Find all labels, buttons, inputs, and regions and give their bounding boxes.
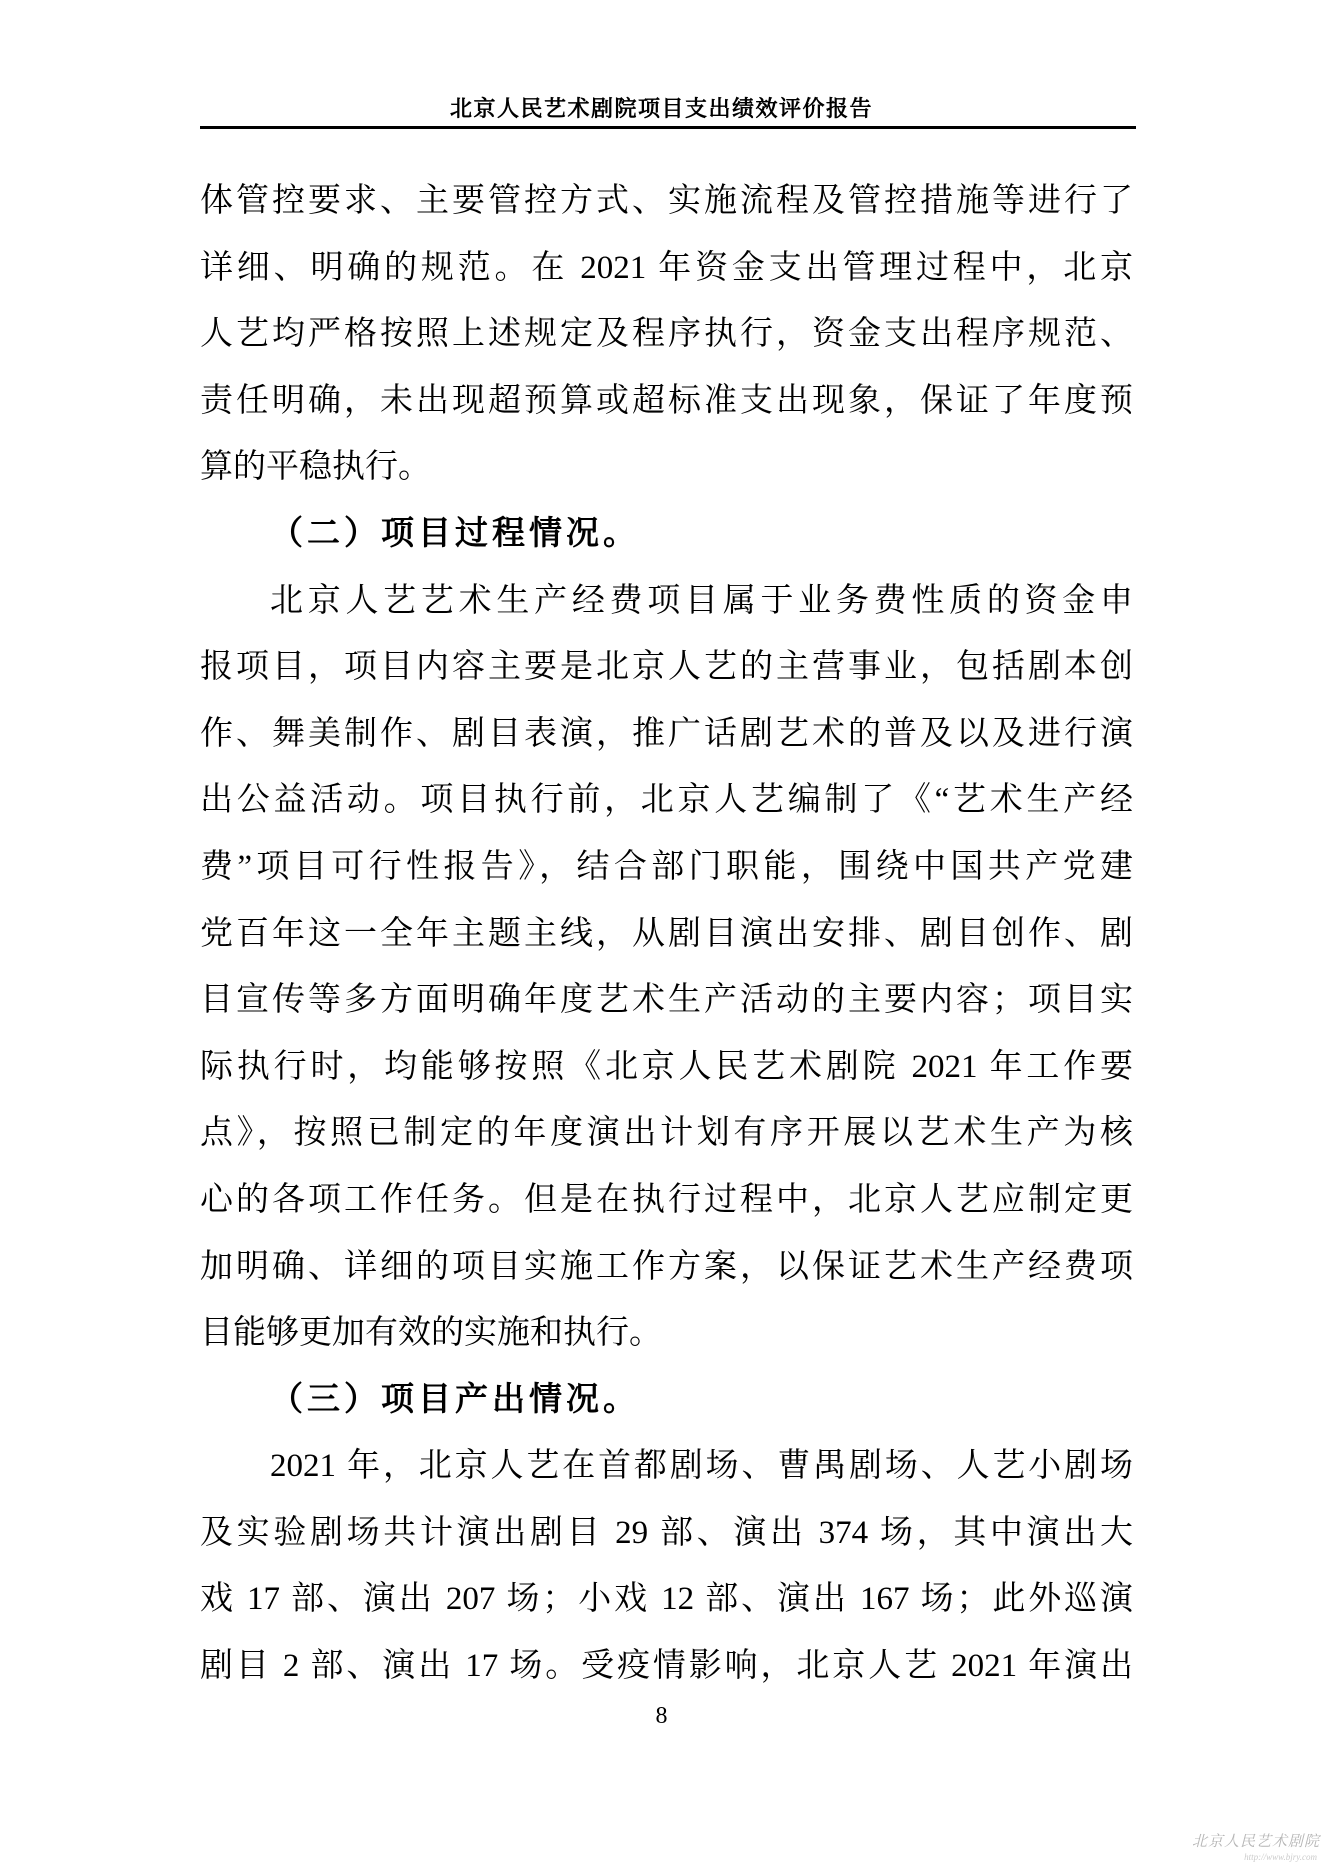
text-line: 北京人艺艺术生产经费项目属于业务费性质的资金申 — [200, 568, 1133, 635]
text-line: （二）项目过程情况。 — [200, 501, 1133, 568]
text-line: 戏 17 部、演出 207 场；小戏 12 部、演出 167 场；此外巡演 — [200, 1566, 1133, 1633]
text-line: 出公益活动。项目执行前，北京人艺编制了《“艺术生产经 — [200, 767, 1133, 834]
text-line: 费”项目可行性报告》，结合部门职能，围绕中国共产党建 — [200, 834, 1133, 901]
text-line: 剧目 2 部、演出 17 场。受疫情影响，北京人艺 2021 年演出 — [200, 1633, 1133, 1700]
header-rule-divider — [200, 126, 1136, 129]
page-header-title: 北京人民艺术剧院项目支出绩效评价报告 — [0, 96, 1323, 122]
text-line: 党百年这一全年主题主线，从剧目演出安排、剧目创作、剧 — [200, 901, 1133, 968]
document-page: 北京人民艺术剧院项目支出绩效评价报告 体管控要求、主要管控方式、实施流程及管控措… — [0, 0, 1323, 1871]
document-body: 体管控要求、主要管控方式、实施流程及管控措施等进行了详细、明确的规范。在 202… — [200, 168, 1133, 1700]
watermark: 北京人民艺术剧院 http://www.bjry.com — [1192, 1833, 1320, 1863]
watermark-url: http://www.bjry.com — [1192, 1852, 1320, 1863]
text-line: 报项目，项目内容主要是北京人艺的主营事业，包括剧本创 — [200, 634, 1133, 701]
text-line: 加明确、详细的项目实施工作方案，以保证艺术生产经费项 — [200, 1234, 1133, 1301]
watermark-title: 北京人民艺术剧院 — [1192, 1833, 1320, 1852]
text-line: 目宣传等多方面明确年度艺术生产活动的主要内容；项目实 — [200, 967, 1133, 1034]
text-line: （三）项目产出情况。 — [200, 1367, 1133, 1434]
text-line: 算的平稳执行。 — [200, 434, 1133, 501]
text-line: 人艺均严格按照上述规定及程序执行，资金支出程序规范、 — [200, 301, 1133, 368]
text-line: 点》，按照已制定的年度演出计划有序开展以艺术生产为核 — [200, 1100, 1133, 1167]
text-line: 际执行时，均能够按照《北京人民艺术剧院 2021 年工作要 — [200, 1034, 1133, 1101]
text-line: 及实验剧场共计演出剧目 29 部、演出 374 场，其中演出大 — [200, 1500, 1133, 1567]
text-line: 责任明确，未出现超预算或超标准支出现象，保证了年度预 — [200, 368, 1133, 435]
text-line: 2021 年，北京人艺在首都剧场、曹禺剧场、人艺小剧场 — [200, 1433, 1133, 1500]
page-number: 8 — [0, 1700, 1323, 1732]
text-line: 详细、明确的规范。在 2021 年资金支出管理过程中，北京 — [200, 235, 1133, 302]
text-line: 体管控要求、主要管控方式、实施流程及管控措施等进行了 — [200, 168, 1133, 235]
text-line: 目能够更加有效的实施和执行。 — [200, 1300, 1133, 1367]
text-line: 作、舞美制作、剧目表演，推广话剧艺术的普及以及进行演 — [200, 701, 1133, 768]
text-line: 心的各项工作任务。但是在执行过程中，北京人艺应制定更 — [200, 1167, 1133, 1234]
